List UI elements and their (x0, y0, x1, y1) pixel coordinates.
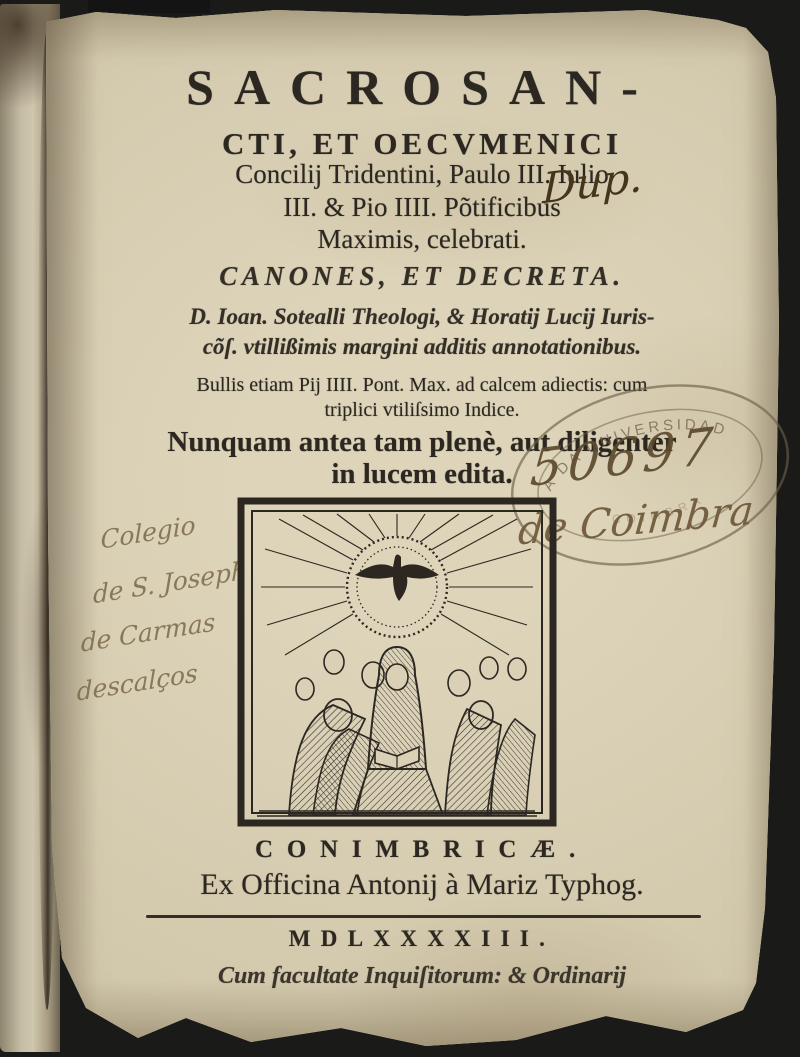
main-title-line1: SACROSAN- (76, 58, 768, 116)
dove-icon (355, 555, 439, 602)
section-title: CANONES, ET DECRETA. (76, 261, 768, 292)
subtitle-line1: Concilij Tridentini, Paulo III. Iulio (76, 159, 768, 190)
background-notch (88, 0, 210, 13)
main-title-line2: CTI, ET OECVMENICI (76, 126, 768, 162)
imprint-rule (146, 915, 701, 918)
apostles-and-mary (289, 647, 535, 815)
imprint-year: MDLXXXXIII. (76, 926, 768, 952)
annotation-line1: D. Ioan. Sotealli Theologi, & Horatij Lu… (76, 304, 768, 330)
annotation-line2: cõſ. vtillißimis margini additis annotat… (76, 334, 768, 360)
pentecost-woodcut (237, 497, 557, 827)
subtitle-line2: III. & Pio IIII. Põtificibus (76, 192, 768, 223)
imprint-printer: Ex Officina Antonij à Mariz Typhog. (76, 868, 768, 902)
book-title-page-photo: SACROSAN- CTI, ET OECVMENICI Concilij Tr… (0, 0, 800, 1057)
subtitle-line3: Maximis, celebrati. (76, 224, 768, 255)
imprint-license: Cum facultate Inquiſitorum: & Ordinarij (76, 963, 768, 990)
imprint-place: CONIMBRICÆ. (76, 836, 768, 864)
